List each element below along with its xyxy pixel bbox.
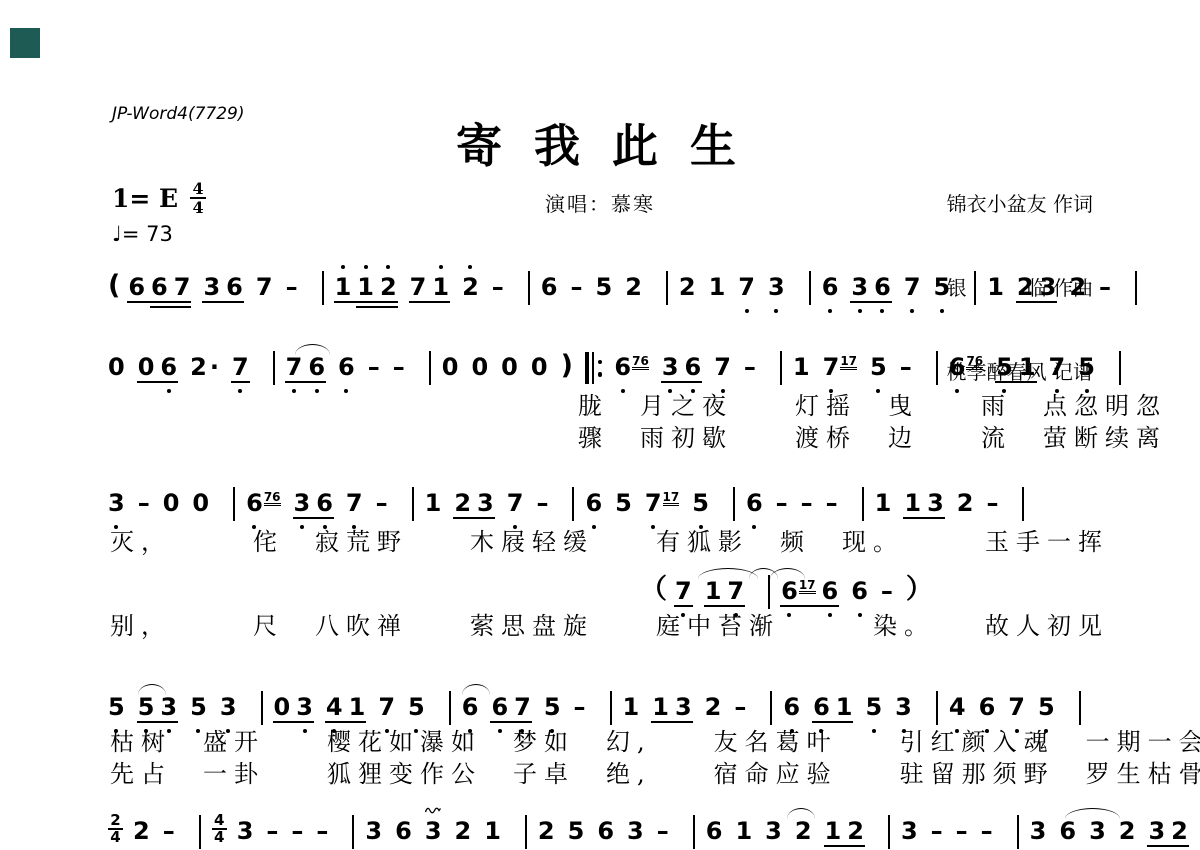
note-digit: 1 <box>349 694 366 720</box>
note: 3 <box>220 682 237 734</box>
note-digit: 2 <box>625 274 642 300</box>
time-numerator: 2 <box>110 814 120 826</box>
barline <box>610 691 612 725</box>
note: 2 <box>625 262 642 314</box>
note-digit: 3 <box>294 490 311 516</box>
note: 2 <box>705 682 722 734</box>
beam-line <box>315 517 334 519</box>
note-digit: 3 <box>1040 274 1057 300</box>
note: 7 <box>346 478 363 530</box>
barline <box>528 271 530 305</box>
duration-dash: – <box>376 478 388 516</box>
octave-dot-below <box>828 309 832 313</box>
note-digit: 7 <box>507 490 524 516</box>
beam-line <box>674 721 693 723</box>
note: 7 <box>1008 682 1025 734</box>
note: 7 <box>514 682 531 734</box>
inline-time-signature: 24 <box>108 814 123 843</box>
note-digit: 5 <box>568 818 585 844</box>
pickup-phrase: （71761766–） <box>640 566 941 618</box>
note: 7 <box>507 478 524 530</box>
note-digit: 0 <box>108 354 125 380</box>
note-digit: 6 <box>874 274 891 300</box>
beam-line <box>356 301 381 303</box>
beam-line <box>348 721 367 723</box>
note-digit: 4 <box>949 694 966 720</box>
note-digit: 7 <box>727 578 744 604</box>
note-digit: 2 <box>957 490 974 516</box>
note: 6 <box>151 262 168 314</box>
beam-line <box>127 301 152 303</box>
duration-dash: – <box>931 806 943 844</box>
beam-line <box>651 721 676 723</box>
note: 6 <box>822 262 839 314</box>
note: 2 <box>847 806 864 850</box>
note-digit: 1 <box>484 818 501 844</box>
note: 6 <box>685 342 702 394</box>
note: 5 <box>408 682 425 734</box>
note-digit: 6 <box>1059 818 1076 844</box>
note: 2· <box>190 342 219 394</box>
beam-line <box>835 721 854 723</box>
beam-line <box>325 721 350 723</box>
barline <box>429 351 431 385</box>
note-digit: 2 <box>462 274 479 300</box>
note-digit: 6 <box>822 274 839 300</box>
note-digit: 1 <box>836 694 853 720</box>
note: 5 <box>996 342 1013 394</box>
song-title: 寄 我 此 生 <box>456 110 744 176</box>
beam-line <box>780 605 822 607</box>
note: 5 <box>190 682 207 734</box>
beam-line <box>273 721 298 723</box>
lyrics-line: 枯树 盛开 樱花如瀑如 梦如 幻, 友名葛叶 引红颜入魂 一期一会 <box>110 728 1200 756</box>
note-digit: 0 <box>501 354 518 380</box>
note: 6 <box>706 806 723 850</box>
note-digit: 3 <box>1148 818 1165 844</box>
duration-dash: – <box>1099 262 1111 300</box>
note: 1 <box>875 478 892 530</box>
notation-line-1: (667367–112712–6–522173636751232– <box>108 262 1148 314</box>
note-digit: 3 <box>296 694 313 720</box>
barline <box>412 487 414 521</box>
note-digit: 2 <box>1171 818 1188 844</box>
repeat-dot <box>598 360 603 365</box>
note: 6 <box>128 262 145 314</box>
time-numerator: 4 <box>193 182 204 195</box>
note-digit: 6 <box>614 354 631 380</box>
note: 6 <box>160 342 177 394</box>
octave-dot-below <box>292 389 296 393</box>
note-digit: 7 <box>675 578 692 604</box>
barline <box>1119 351 1121 385</box>
note: 1 <box>836 682 853 734</box>
beam-line <box>307 381 326 383</box>
note-digit: 2 <box>1017 274 1034 300</box>
note: 0 <box>192 478 209 530</box>
note: 3 <box>662 342 679 394</box>
note: 5 <box>870 342 887 394</box>
note: 7 <box>410 262 427 314</box>
octave-dot-below <box>940 309 944 313</box>
performer-line: 演唱：慕寒 <box>545 188 655 217</box>
note: 2 <box>133 806 150 850</box>
note-digit: 3 <box>160 694 177 720</box>
note: 2 <box>455 806 472 850</box>
beam-line <box>903 517 928 519</box>
note-digit: 7 <box>823 354 840 380</box>
note-digit: 6 <box>822 578 839 604</box>
beam-line <box>409 301 434 303</box>
duration-dash: – <box>801 478 813 516</box>
note-digit: 6 <box>246 490 263 516</box>
lyrics-line: 先占 一卦 狐狸变作公 子卓 绝, 宿命应验 驻留那须野 罗生枯骨 <box>110 760 1200 788</box>
beam-line <box>704 605 729 607</box>
octave-dot-below <box>880 309 884 313</box>
grace-notes: 17 <box>799 579 816 594</box>
note-digit: 7 <box>232 354 249 380</box>
beam-line <box>873 301 892 303</box>
note-digit: 1 <box>425 490 442 516</box>
note: 3 <box>1040 262 1057 314</box>
beam-line <box>159 381 178 383</box>
note: 3 <box>365 806 382 850</box>
note: 7 <box>738 262 755 314</box>
parenthesis: （ <box>640 566 667 604</box>
note: 7 <box>232 342 249 394</box>
note-digit: 3 <box>477 490 494 516</box>
note-digit: 6 <box>338 354 355 380</box>
note: 5 <box>108 682 125 734</box>
note-digit: 3 <box>237 818 254 844</box>
note: 7 <box>1049 342 1066 394</box>
beam-line <box>846 845 865 847</box>
note: 6 <box>979 682 996 734</box>
barline <box>770 691 772 725</box>
note-digit: 6 <box>851 578 868 604</box>
beam-line <box>513 721 532 723</box>
beam-line <box>379 306 398 308</box>
note: 676 <box>614 342 648 394</box>
note: 717 <box>645 478 679 530</box>
note-digit: 3 <box>768 274 785 300</box>
note-digit: 5 <box>615 490 632 516</box>
note-digit: 6 <box>462 694 479 720</box>
key-signature: 1= E 4 4 <box>112 182 206 214</box>
note: 3 <box>237 806 254 850</box>
beam-line <box>334 301 359 303</box>
duration-dash: – <box>492 262 504 300</box>
note-digit: 7 <box>714 354 731 380</box>
duration-dash: – <box>536 478 548 516</box>
barline <box>974 271 976 305</box>
note: 5 <box>1038 682 1055 734</box>
beam-line <box>726 605 745 607</box>
duration-dash: – <box>981 806 993 844</box>
note: 1 <box>484 806 501 850</box>
note-digit: 2 <box>1069 274 1086 300</box>
note-digit: 7 <box>904 274 921 300</box>
tempo-marking: ♩= 73 <box>112 222 173 246</box>
note-digit: 2 <box>1119 818 1136 844</box>
note-digit: 1 <box>705 578 722 604</box>
note-digit: 6 <box>746 490 763 516</box>
note: 1 <box>904 478 921 530</box>
note-digit: 3 <box>365 818 382 844</box>
duration-dash: – <box>776 478 788 516</box>
note-digit: 2 <box>679 274 696 300</box>
time-denominator: 4 <box>214 831 224 843</box>
note-digit: 0 <box>274 694 291 720</box>
note-digit: 2 <box>705 694 722 720</box>
note-digit: 6 <box>128 274 145 300</box>
note-digit: 2 <box>538 818 555 844</box>
note: 7 <box>675 566 692 618</box>
note: 6 <box>597 806 614 850</box>
duration-dash: – <box>570 262 582 300</box>
note-digit: 6 <box>160 354 177 380</box>
note: 2 <box>1119 806 1136 850</box>
duration-dash: – <box>316 806 328 844</box>
note: 3 <box>768 262 785 314</box>
octave-dot-above <box>439 265 443 269</box>
note-digit: 7 <box>174 274 191 300</box>
beam-line <box>150 301 175 303</box>
barline <box>449 691 451 725</box>
note-digit: 5 <box>408 694 425 720</box>
note: 0 <box>442 342 459 394</box>
lyrics-line: 别， 尺 八吹禅 萦思盘旋 庭中苔渐 染。 故人初见 <box>110 612 1109 640</box>
note: 3 <box>851 262 868 314</box>
note-digit: 1 <box>825 818 842 844</box>
note: 7 <box>174 262 191 314</box>
note-digit: 6 <box>781 578 798 604</box>
note: 7 <box>256 262 273 314</box>
note-digit: 1 <box>709 274 726 300</box>
note: 6 <box>338 342 355 394</box>
note-digit: 7 <box>378 694 395 720</box>
note-digit: 6 <box>316 490 333 516</box>
note: 0 <box>531 342 548 394</box>
duration-dash: – <box>826 478 838 516</box>
note: 717 <box>823 342 857 394</box>
beam-line <box>1147 845 1172 847</box>
duration-dash: – <box>881 566 893 604</box>
tempo-value: = 73 <box>122 222 173 246</box>
sheet-music-page: JP-Word4(7729) 寄 我 此 生 演唱：慕寒 锦衣小盆友 作词 银 … <box>0 0 1200 850</box>
begin-repeat-sign <box>585 352 603 384</box>
note-digit: 5 <box>870 354 887 380</box>
note-digit: 6 <box>395 818 412 844</box>
beam-line <box>173 301 192 303</box>
note: 0 <box>108 342 125 394</box>
note: 3 <box>203 262 220 314</box>
note: 2 <box>462 262 479 314</box>
note: 1 <box>825 806 842 850</box>
beam-line <box>356 306 381 308</box>
note-digit: 1 <box>735 818 752 844</box>
octave-dot-below <box>745 309 749 313</box>
note: 0 <box>471 342 488 394</box>
note-digit: 1 <box>904 490 921 516</box>
beam-line <box>137 381 162 383</box>
beam-line <box>821 605 840 607</box>
beam-line <box>137 721 162 723</box>
octave-dot-below <box>910 309 914 313</box>
note: 1 <box>432 262 449 314</box>
barline <box>733 487 735 521</box>
note: 3 <box>108 478 125 530</box>
note: 3 <box>477 478 494 530</box>
note-digit: 3 <box>901 818 918 844</box>
note: 2 <box>454 478 471 530</box>
note: 1 <box>652 682 669 734</box>
note-digit: 6 <box>585 490 602 516</box>
duration-dash: – <box>368 342 380 380</box>
note-digit: 1 <box>1019 354 1036 380</box>
lyrics-line: 骤 雨初歇 渡桥 边 流 萤断续离 <box>578 424 1167 452</box>
note-digit: 5 <box>865 694 882 720</box>
note: 3 <box>1030 806 1047 850</box>
note: 3 <box>765 806 782 850</box>
note-digit: 2 <box>190 354 207 380</box>
note-digit: 3 <box>203 274 220 300</box>
repeat-dots <box>598 360 603 377</box>
duration-dash: – <box>956 806 968 844</box>
beam-line <box>1170 845 1189 847</box>
barline <box>768 575 770 609</box>
note-digit: 6 <box>491 694 508 720</box>
note: 0 <box>501 342 518 394</box>
note-digit: 1 <box>335 274 352 300</box>
barline <box>233 487 235 521</box>
barline <box>1017 815 1019 849</box>
duration-dash: – <box>286 262 298 300</box>
beam-line <box>379 301 398 303</box>
time-denominator: 4 <box>193 201 204 214</box>
parenthesis: ( <box>108 262 120 300</box>
barline <box>572 487 574 521</box>
beam-line <box>431 301 450 303</box>
note-digit: 0 <box>471 354 488 380</box>
note: 1 <box>735 806 752 850</box>
grace-notes: 76 <box>632 355 649 370</box>
note-digit: 7 <box>645 490 662 516</box>
barline <box>261 691 263 725</box>
note: 0 <box>163 478 180 530</box>
grace-notes: 17 <box>663 491 680 506</box>
beam-line <box>476 517 495 519</box>
note-digit: 0 <box>163 490 180 516</box>
note-digit: 5 <box>190 694 207 720</box>
note-digit: 6 <box>783 694 800 720</box>
note-digit: 5 <box>934 274 951 300</box>
note: 7 <box>378 682 395 734</box>
duration-dash: – <box>138 478 150 516</box>
note-digit: 3 <box>765 818 782 844</box>
note-digit: 7 <box>410 274 427 300</box>
beam-line <box>150 306 175 308</box>
note-digit: 2 <box>455 818 472 844</box>
barline <box>525 815 527 849</box>
note: 1 <box>793 342 810 394</box>
beam-line <box>684 381 703 383</box>
note: 1 <box>349 682 366 734</box>
repeat-thick-bar <box>585 352 589 384</box>
note: 5 <box>934 262 951 314</box>
note: 1 <box>335 262 352 314</box>
note-digit: 2 <box>133 818 150 844</box>
note-digit: 5 <box>1038 694 1055 720</box>
note-digit: 4 <box>326 694 343 720</box>
note: 2 <box>1069 262 1086 314</box>
time-signature-header: 4 4 <box>190 182 206 214</box>
note-digit: 5 <box>138 694 155 720</box>
note: 6 <box>541 262 558 314</box>
note: 2 <box>679 262 696 314</box>
note: 3 <box>627 806 644 850</box>
barline <box>322 271 324 305</box>
note: 5 <box>615 478 632 530</box>
duration-dash: – <box>734 682 746 720</box>
note: 4 <box>949 682 966 734</box>
octave-dot-below <box>344 389 348 393</box>
octave-dot-below <box>774 309 778 313</box>
notation-line-3: 3–00676367–1237–6571756–––1132– <box>108 478 1035 530</box>
note-digit: 0 <box>138 354 155 380</box>
note: 6 <box>851 566 868 618</box>
note-digit: 6 <box>685 354 702 380</box>
note: 2 <box>957 478 974 530</box>
beam-line <box>1016 301 1041 303</box>
note: 5 <box>1078 342 1095 394</box>
octave-dot-below <box>167 389 171 393</box>
barline <box>888 815 890 849</box>
duration-dash: – <box>986 478 998 516</box>
note: 7 <box>714 342 731 394</box>
note-digit: 1 <box>875 490 892 516</box>
notation-line-6: 242–443–––363212563–6132123–––3632321 <box>108 806 1200 850</box>
note-digit: 3 <box>675 694 692 720</box>
note-digit: 1 <box>793 354 810 380</box>
note-digit: 3 <box>927 490 944 516</box>
barline <box>693 815 695 849</box>
note-digit: 1 <box>623 694 640 720</box>
note-digit: 0 <box>192 490 209 516</box>
note: 3 <box>425 806 442 850</box>
duration-dash: – <box>657 806 669 844</box>
note: 0 <box>274 682 291 734</box>
augmentation-dot: · <box>210 353 219 381</box>
note-digit: 2 <box>795 818 812 844</box>
note-digit: 3 <box>108 490 125 516</box>
note: 3 <box>675 682 692 734</box>
note-digit: 6 <box>308 354 325 380</box>
note: 6 <box>226 262 243 314</box>
note: 7 <box>904 262 921 314</box>
lyrics-line: 灭， 侘 寂荒野 木屐轻缓 有狐影 频 现。 玉手一挥 <box>110 528 1109 556</box>
note-digit: 1 <box>652 694 669 720</box>
octave-dot-above <box>364 265 368 269</box>
note: 1 <box>709 262 726 314</box>
duration-dash: – <box>393 342 405 380</box>
quarter-note-icon: ♩ <box>112 222 122 246</box>
inline-time-signature: 44 <box>212 814 227 843</box>
barline <box>1135 271 1137 305</box>
beam-line <box>490 721 515 723</box>
grace-notes: 76 <box>264 491 281 506</box>
note-digit: 0 <box>442 354 459 380</box>
